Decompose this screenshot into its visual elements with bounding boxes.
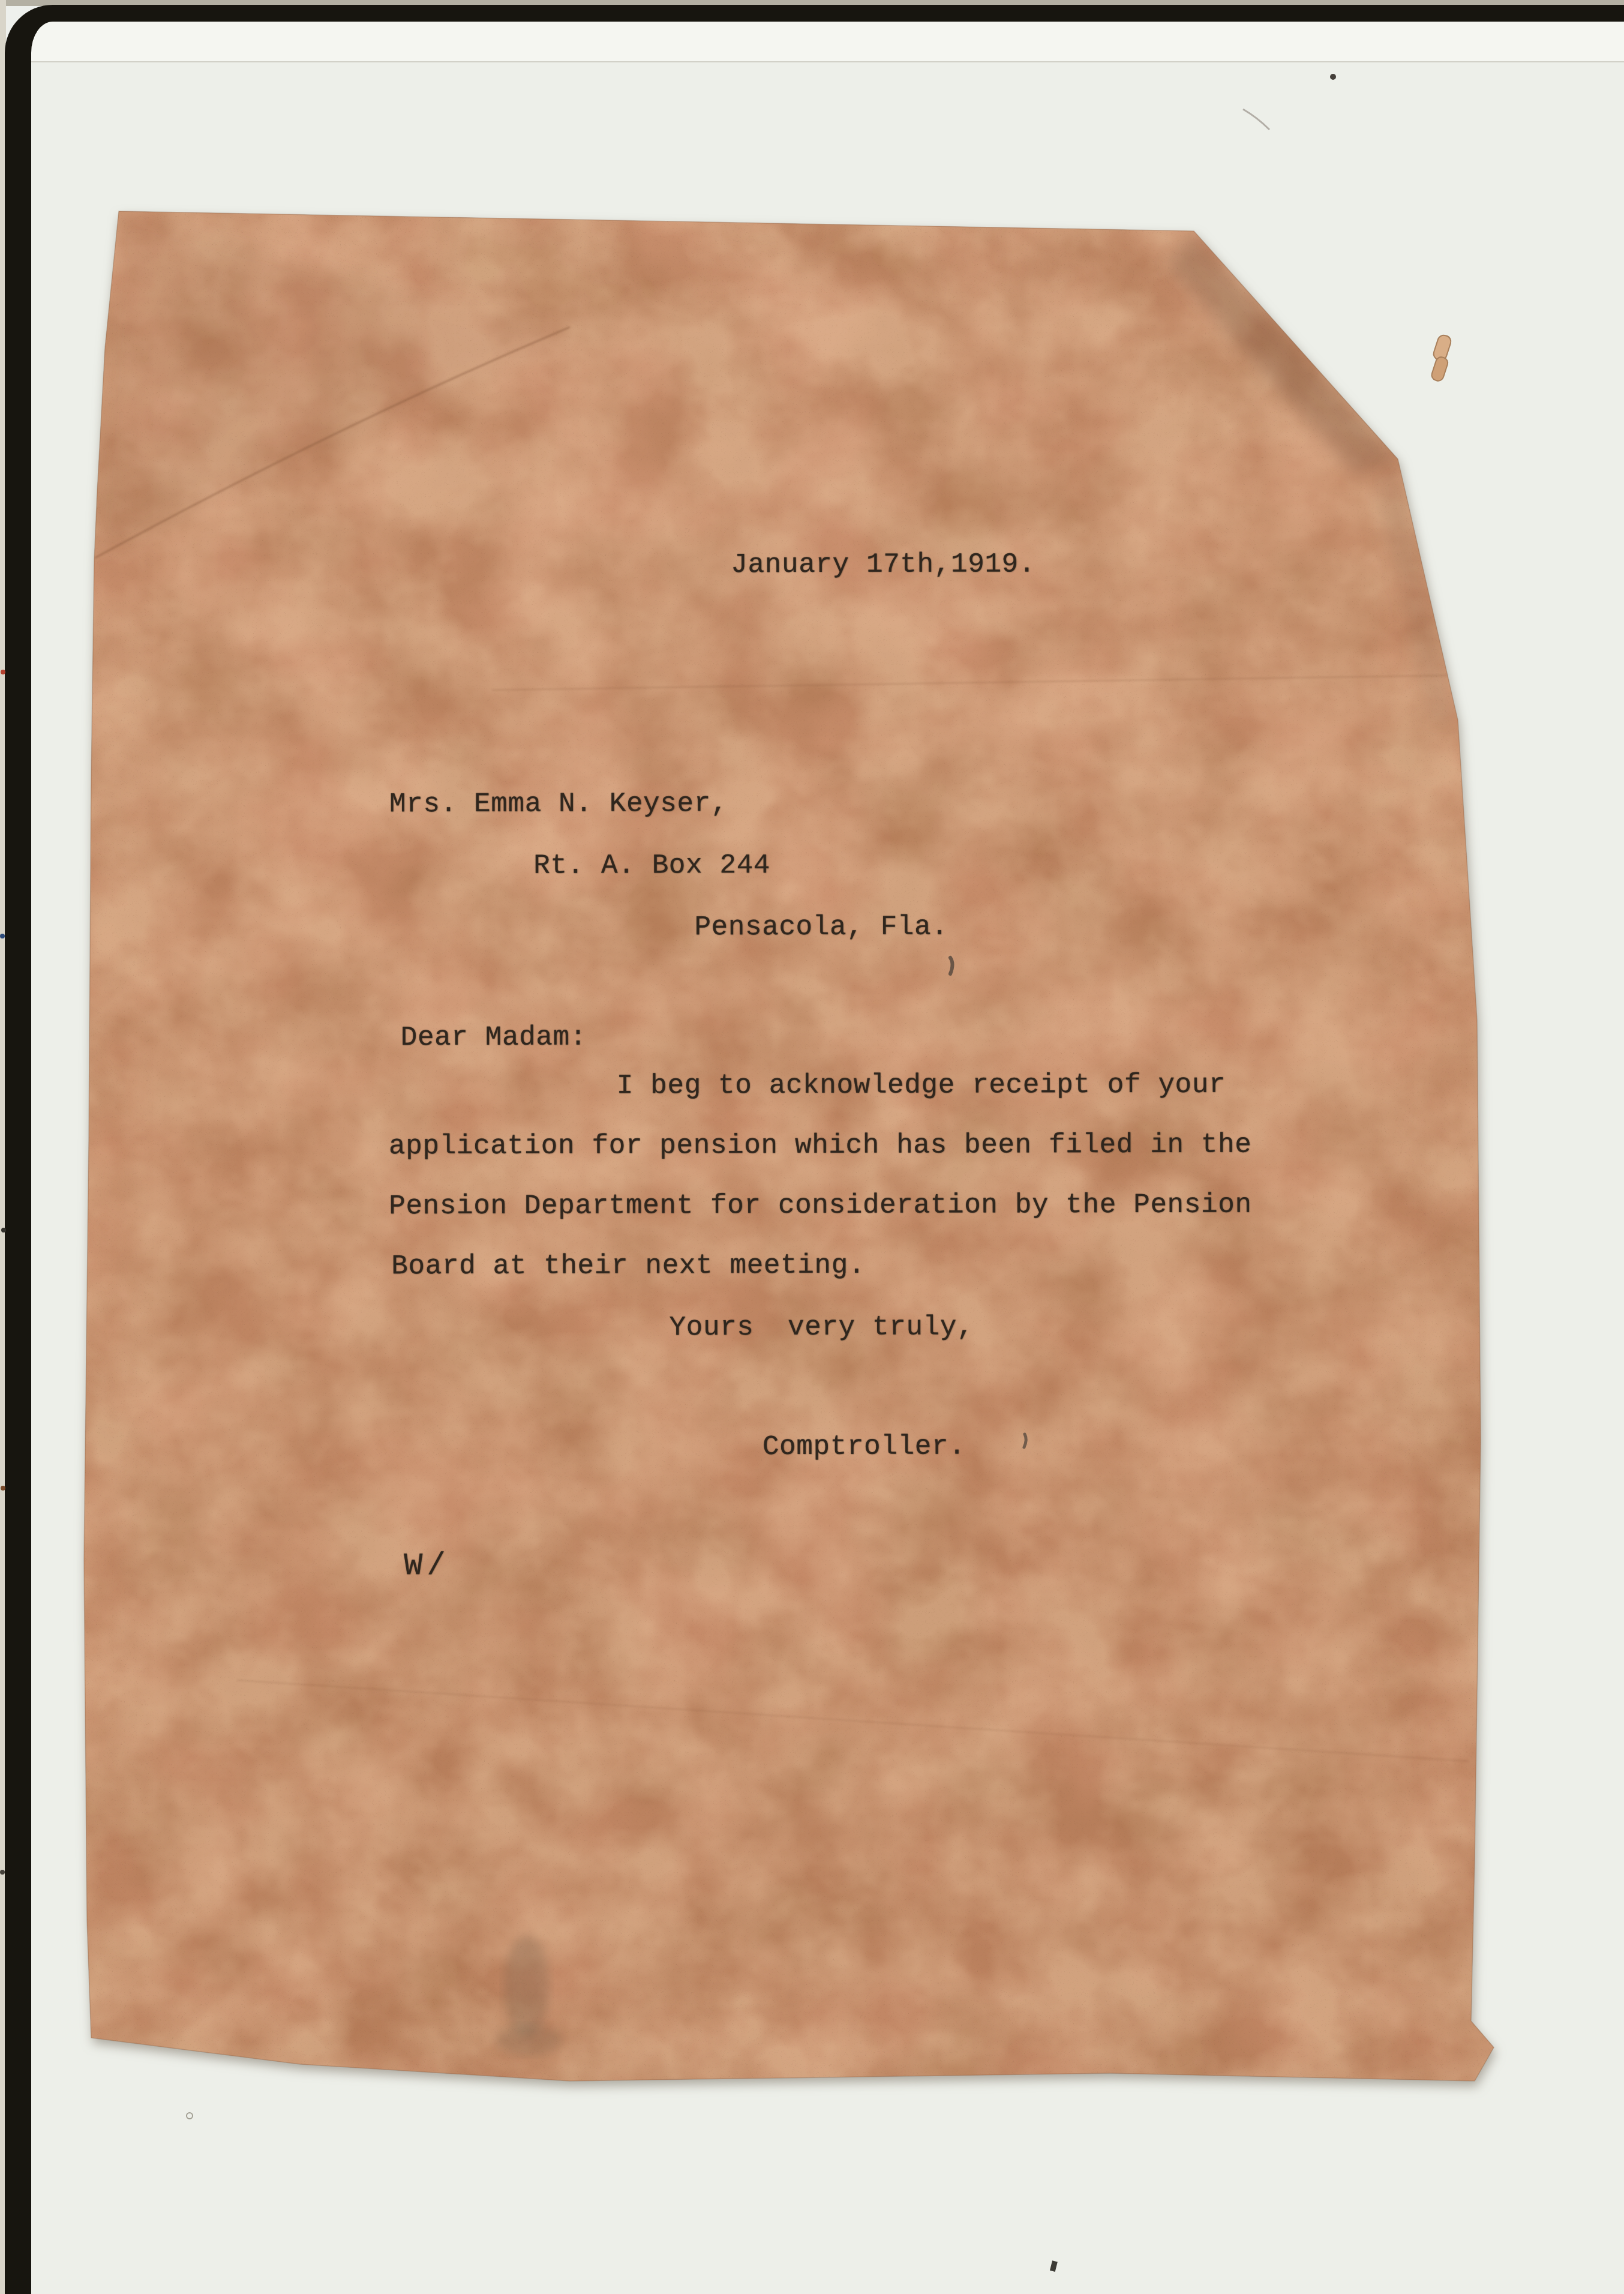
body-line-4: Board at their next meeting.	[391, 1252, 865, 1280]
body-line-1: I beg to acknowledge receipt of your	[617, 1071, 1226, 1100]
scanned-letter-page: January 17th,1919. Mrs. Emma N. Keyser, …	[0, 0, 1624, 2294]
salutation: Dear Madam:	[401, 1024, 587, 1052]
recipient-city: Pensacola, Fla.	[694, 913, 948, 941]
signature-title: Comptroller.	[763, 1433, 966, 1461]
body-line-2: application for pension which has been f…	[389, 1131, 1252, 1161]
recipient-address: Rt. A. Box 244	[533, 851, 770, 880]
closing: Yours very truly,	[669, 1314, 974, 1342]
letter-text: January 17th,1919. Mrs. Emma N. Keyser, …	[0, 0, 1624, 2294]
letter-date: January 17th,1919.	[731, 550, 1035, 578]
body-line-3: Pension Department for consideration by …	[389, 1191, 1252, 1221]
recipient-name: Mrs. Emma N. Keyser,	[389, 790, 728, 818]
typist-initials: W/	[404, 1552, 450, 1580]
